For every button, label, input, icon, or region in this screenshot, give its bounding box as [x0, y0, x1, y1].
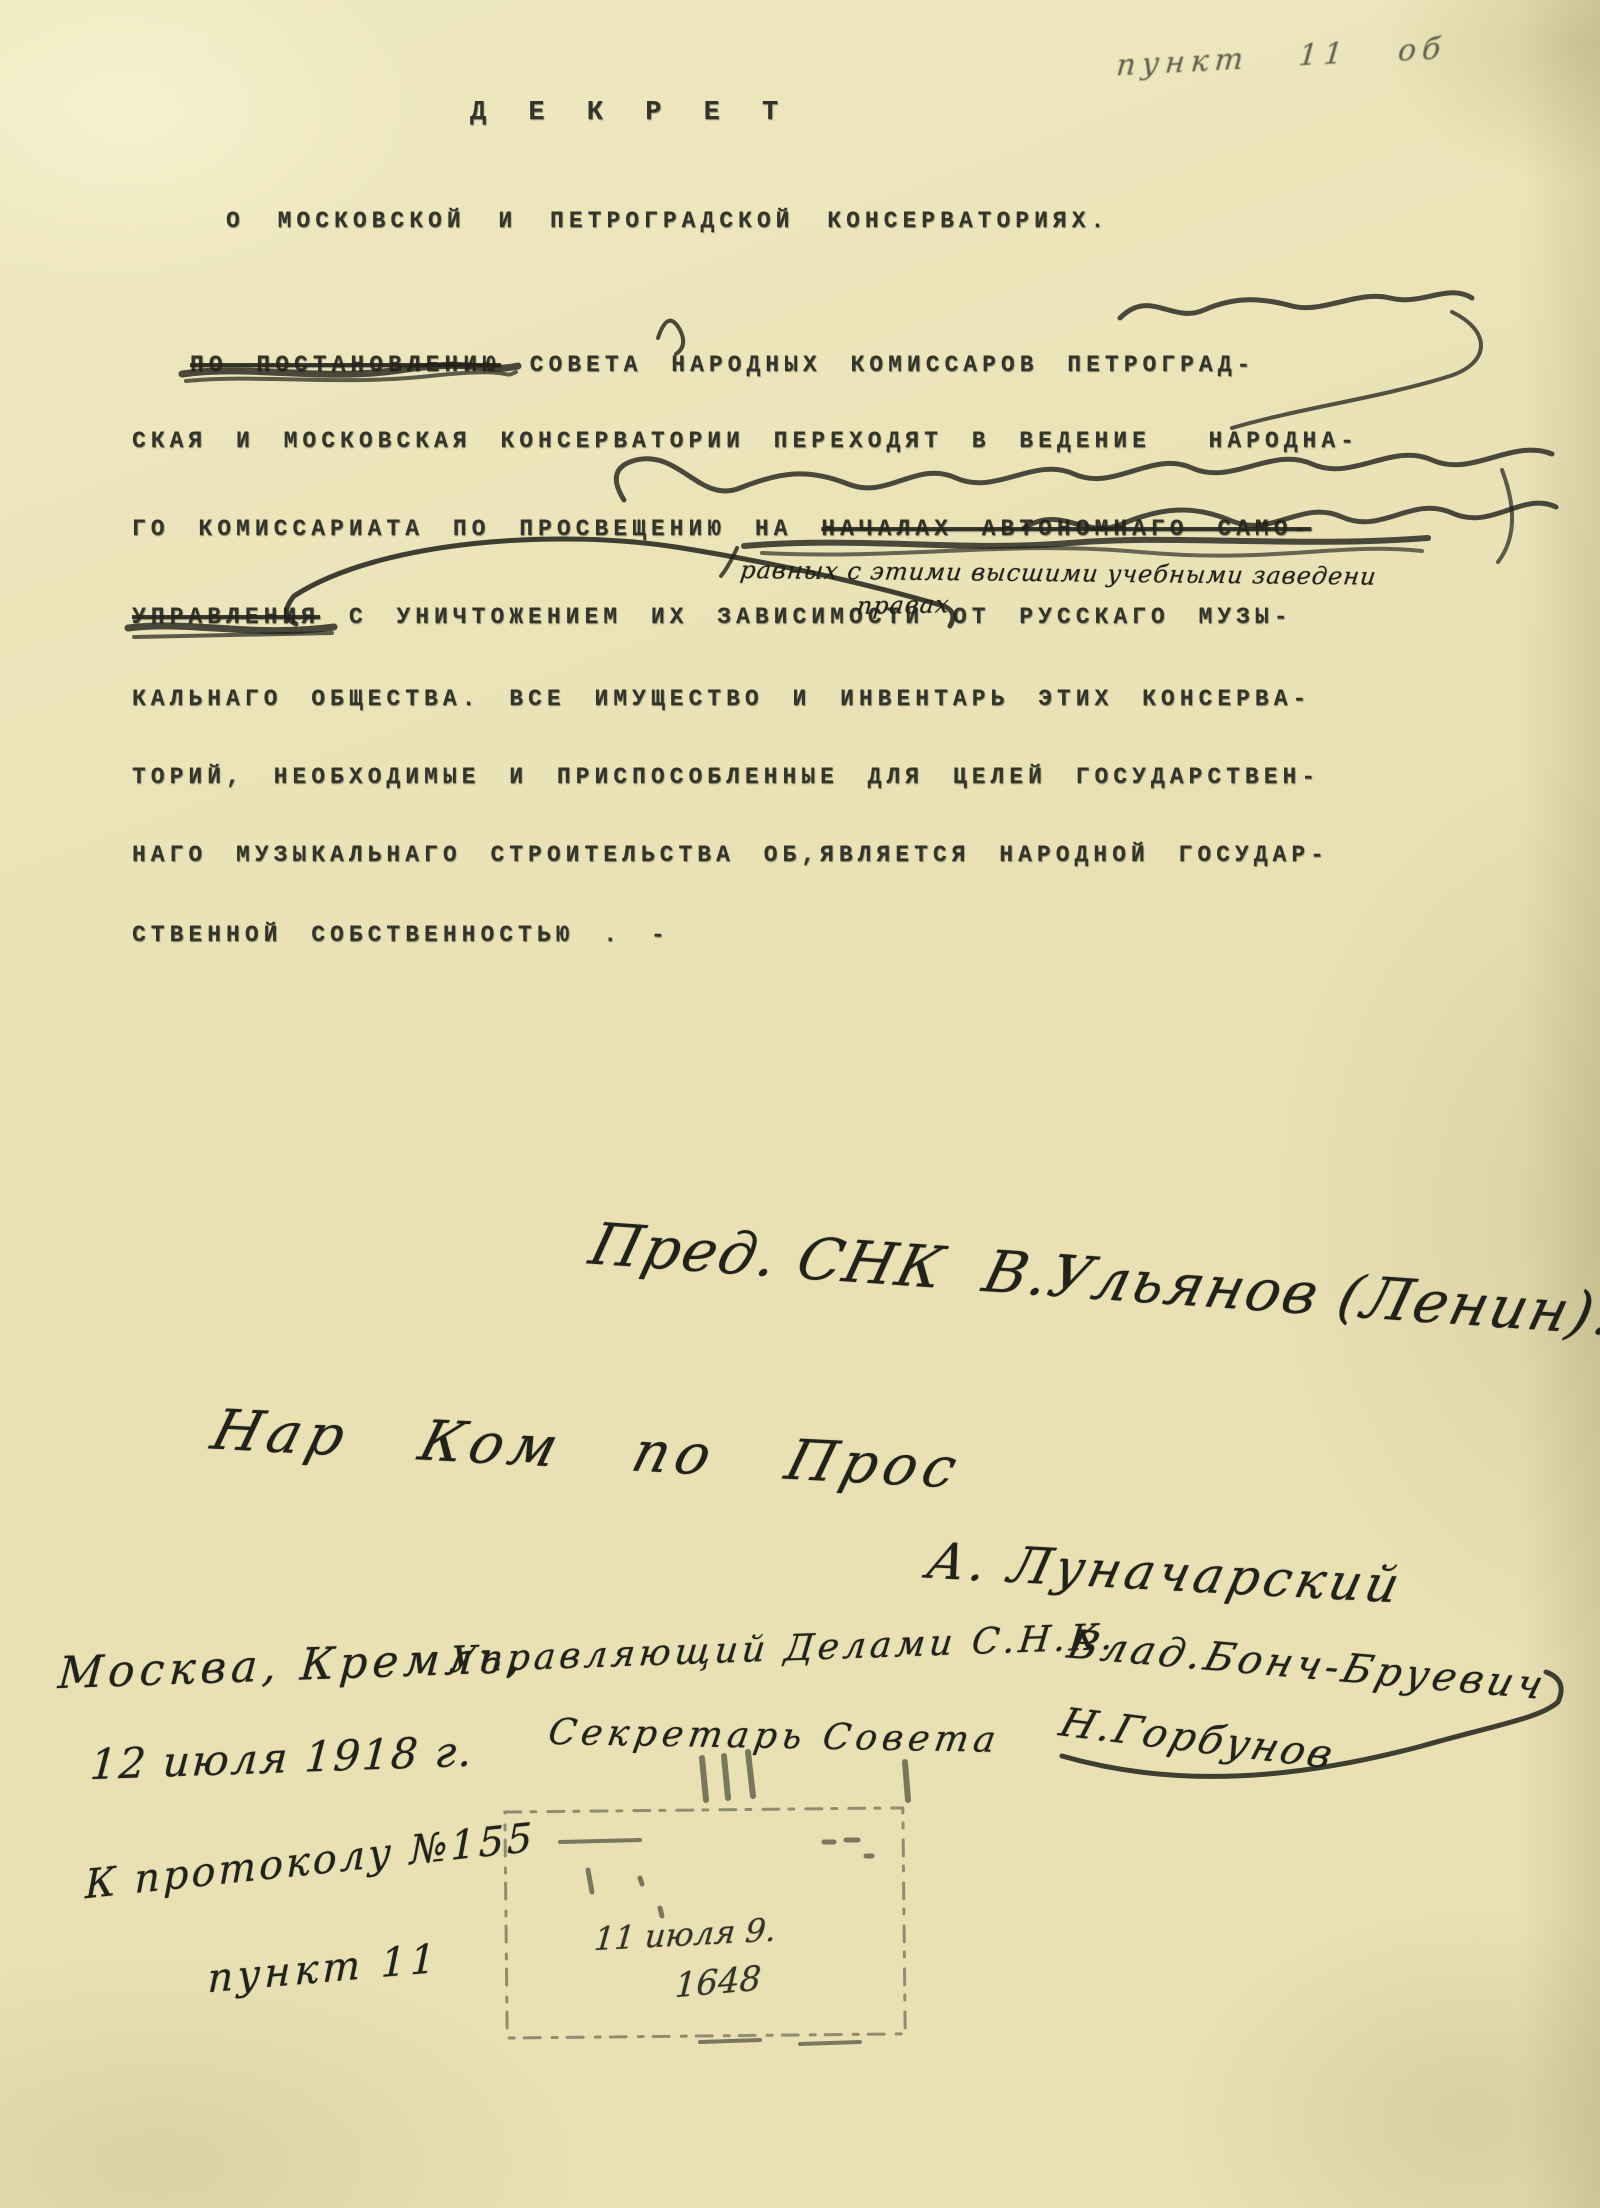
typed-text: С УНИЧТОЖЕНИЕМ ИХ ЗАВИСИМОСТИ ОТ РУССКАГ…: [320, 604, 1293, 630]
body-line-6: ТОРИЙ, НЕОБХОДИМЫЕ И ПРИСПОСОБЛЕННЫЕ ДЛЯ…: [132, 764, 1320, 790]
document-title: Д Е К Р Е Т: [470, 98, 788, 128]
note-protocol-item: пункт 11: [207, 1936, 440, 2003]
handwritten-scrawl-row-b-flourish: [1498, 470, 1512, 562]
body-line-1: ПО ПОСТАНОВЛЕНИЮ СОВЕТА НАРОДНЫХ КОМИССА…: [190, 352, 1255, 378]
note-date: 12 июля 1918 г.: [89, 1727, 476, 1790]
handwritten-insertion-line-b: правах: [856, 590, 951, 620]
signature-lunacharsky: А. Луначарский: [922, 1532, 1409, 1614]
body-line-7: НАГО МУЗЫКАЛЬНАГО СТРОИТЕЛЬСТВА ОБ,ЯВЛЯЕ…: [132, 842, 1329, 868]
decree-document-scan: пункт 11 об Д Е К Р Е Т О МОСКОВСКОЙ И П…: [0, 0, 1600, 2208]
struck-text-postanovleniyu: ПО ПОСТАНОВЛЕНИЮ: [190, 352, 501, 378]
signature-gorbunov: Н.Горбунов: [1054, 1700, 1341, 1778]
stamp-date-note: 11 июля 9.: [593, 1910, 778, 1958]
handwritten-scrawl-top-tail: [1232, 312, 1481, 428]
typed-text: СКАЯ И МОСКОВСКАЯ КОНСЕРВАТОРИИ ПЕРЕХОДЯ…: [132, 428, 1359, 454]
struck-text-nachalah: НАЧАЛАХ АВТОНОМНАГО САМО-: [821, 516, 1311, 542]
signature-manager-title: Управляющий Делами С.Н.К.: [448, 1617, 1119, 1681]
typed-text: СОВЕТА НАРОДНЫХ КОМИССАРОВ ПЕТРОГРАД-: [501, 352, 1256, 378]
body-line-5: КАЛЬНАГО ОБЩЕСТВА. ВСЕ ИМУЩЕСТВО И ИНВЕН…: [132, 686, 1311, 712]
stamp-number: 1648: [674, 1958, 762, 2006]
insertion-caret: [721, 548, 737, 576]
signature-lenin: Пред. СНК В.Ульянов (Ленин).: [583, 1210, 1600, 1349]
body-line-3: ГО КОМИССАРИАТА ПО ПРОСВЕЩЕНИЮ НА НАЧАЛА…: [132, 516, 1311, 542]
document-subtitle: О МОСКОВСКОЙ И ПЕТРОГРАДСКОЙ КОНСЕРВАТОР…: [226, 208, 1109, 234]
typed-text: ГО КОМИССАРИАТА ПО ПРОСВЕЩЕНИЮ НА: [132, 516, 821, 542]
body-line-4: УПРАВЛЕНИЯ С УНИЧТОЖЕНИЕМ ИХ ЗАВИСИМОСТИ…: [132, 604, 1293, 630]
struck-text-upravleniya: УПРАВЛЕНИЯ: [132, 604, 320, 630]
note-protocol: К протоколу №155: [85, 1815, 535, 1909]
pencil-note-top-right: пункт 11 об: [1115, 31, 1448, 84]
strike-scrawl-line3b: [762, 548, 1422, 556]
body-line-2: СКАЯ И МОСКОВСКАЯ КОНСЕРВАТОРИИ ПЕРЕХОДЯ…: [132, 428, 1359, 454]
handwritten-scrawl-row-a: [616, 450, 1552, 500]
handwritten-scrawl-top: [1120, 293, 1472, 318]
signature-bonch-bruevich: Влад.Бонч-Бруевич: [1063, 1622, 1552, 1709]
typed-text: КАЛЬНАГО ОБЩЕСТВА. ВСЕ ИМУЩЕСТВО И ИНВЕН…: [132, 686, 1311, 712]
note-place: Москва, Кремль,: [56, 1632, 527, 1699]
strike-scrawl-line4b: [134, 633, 332, 637]
typed-text: ТОРИЙ, НЕОБХОДИМЫЕ И ПРИСПОСОБЛЕННЫЕ ДЛЯ…: [132, 764, 1320, 790]
body-line-8: СТВЕННОЙ СОБСТВЕННОСТЬЮ . -: [132, 922, 670, 948]
correction-mark-soveta: [658, 321, 683, 354]
signature-secretary-title: Секретарь Совета: [546, 1712, 1004, 1761]
typed-text: СТВЕННОЙ СОБСТВЕННОСТЬЮ . -: [132, 922, 670, 948]
typed-text: НАГО МУЗЫКАЛЬНАГО СТРОИТЕЛЬСТВА ОБ,ЯВЛЯЕ…: [132, 842, 1329, 868]
signature-narkompros-title: Нар Ком по Прос: [205, 1398, 970, 1501]
handwritten-insertion-line-a: равных с этими высшими учебными заведени: [739, 556, 1378, 591]
